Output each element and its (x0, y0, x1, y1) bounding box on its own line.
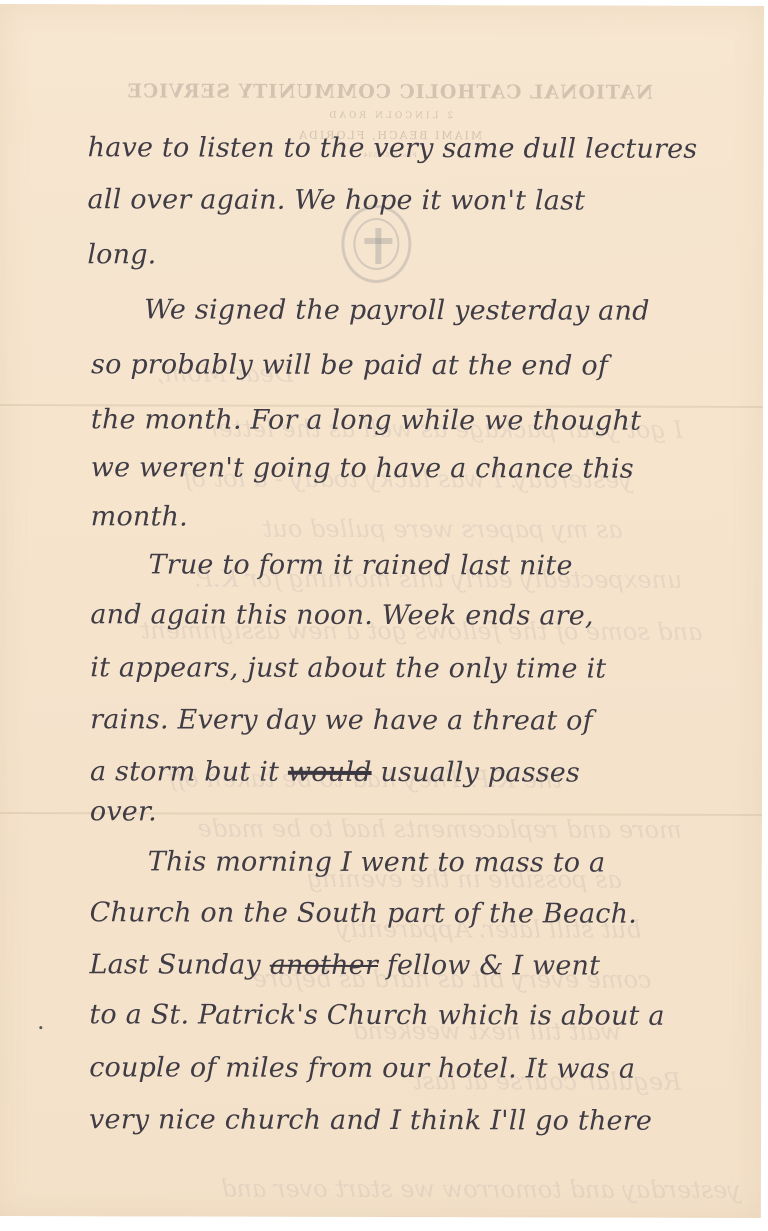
letter-line: it appears, just about the only time it (90, 652, 606, 684)
letter-line: We signed the payroll yesterday and (144, 294, 649, 326)
letter-line: and again this noon. Week ends are, (90, 599, 593, 631)
letter-line: we weren't going to have a chance this (91, 452, 634, 484)
letter-line: very nice church and I think I'll go the… (89, 1104, 652, 1136)
letter-line: This morning I went to mass to a (148, 846, 606, 878)
letter-text: a storm but it (90, 756, 279, 787)
letter-line: over. (90, 796, 157, 827)
letter-line: rains. Every day we have a threat of (90, 704, 593, 736)
letter-line: long. (87, 239, 156, 270)
letter-line: Church on the South part of the Beach. (90, 897, 637, 929)
letter-line: month. (91, 501, 188, 532)
letter-text: usually passes (380, 757, 580, 789)
letter-line: all over again. We hope it won't last (87, 184, 585, 216)
ink-dot (39, 1026, 42, 1029)
letter-line: a storm but it would usually passes (90, 756, 580, 788)
struck-word: would (288, 757, 372, 788)
struck-word: another (270, 950, 378, 981)
letter-text: fellow & I went (387, 950, 600, 982)
letter-line: to a St. Patrick's Church which is about… (89, 999, 664, 1032)
letter-line: have to listen to the very same dull lec… (88, 132, 698, 165)
letter-body: have to listen to the very same dull lec… (0, 4, 764, 1218)
letter-line: so probably will be paid at the end of (91, 349, 608, 381)
letter-line: the month. For a long while we thought (91, 404, 641, 436)
letter-line: True to form it rained last nite (148, 549, 572, 581)
letter-page: Dear Mom, I got your package as well as … (0, 4, 764, 1218)
letter-line: couple of miles from our hotel. It was a (89, 1052, 635, 1084)
letter-text: Last Sunday (89, 949, 261, 980)
letter-line: Last Sunday another fellow & I went (89, 949, 600, 981)
